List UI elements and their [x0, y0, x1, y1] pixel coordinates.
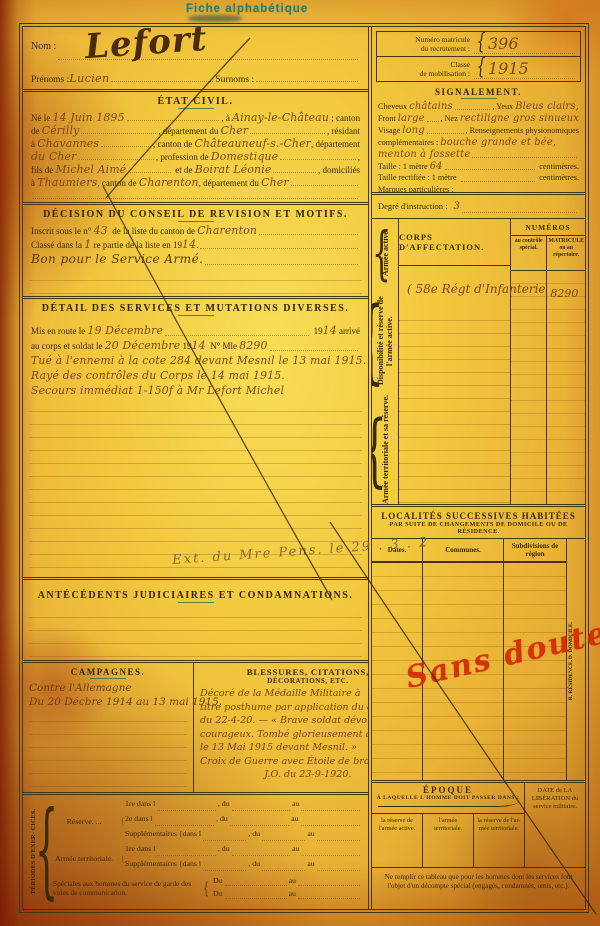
periode-row: Supplémentaires {dans l, duau	[123, 859, 364, 874]
periode-row: Supplémentaires {dans l, duau	[123, 829, 364, 844]
stamp-ink-blot	[188, 15, 242, 22]
epoque-col-reserve-active: la réserve de l'armée active.	[372, 813, 422, 867]
territoriale-reserve-group: Armée territoriale et sa réserve.	[372, 395, 398, 504]
territoriale-label: Armée territoriale.	[53, 854, 123, 863]
periodes-vertical-label-col: PÉRIODES D'EXER- CICES.	[23, 795, 43, 909]
epoque-brace	[378, 801, 518, 807]
blessures-box: BLESSURES, CITATIONS, DÉCORATIONS, ETC. …	[194, 663, 368, 791]
subdivisions-header: Subdivisions de région	[504, 539, 566, 563]
epoque-header: ÉPOQUE À LAQUELLE L'HOMME DOIT PASSER DA…	[372, 783, 524, 813]
services-line: Tué à l'ennemi à la cote 284 devant Mesn…	[23, 354, 368, 369]
right-column: Numéro matricule du recrutement : 396 Cl…	[371, 27, 585, 909]
signalement-title: SIGNALEMENT.	[372, 87, 585, 99]
campagnes-entry: Contre l'Allemagne	[23, 681, 193, 695]
left-column: Nom : Lefort Prénoms : Lucien Surnoms : …	[23, 27, 369, 909]
etat-civil-line: du Cher, profession de Domestique,	[23, 150, 368, 163]
signalement-line: complémentaires : bouche grande et bée,	[372, 137, 585, 149]
etat-civil-line: Né le 14 Juin 1895, à Ainay-le-Château ;…	[23, 111, 368, 124]
blessures-title: BLESSURES, CITATIONS,	[194, 667, 368, 677]
numeros-header: NUMÉROS	[511, 219, 585, 236]
periodes-body: Réserve. ... 1re dans l, duau 2e dans l,…	[43, 795, 368, 909]
services-line: Mis en route le 19 Décembre 1914 arrivé	[23, 324, 368, 339]
matricule-repertoire-header: MATRICULE ou au répertoire.	[547, 236, 585, 271]
speciales-label: Spéciales aux hommes du service de garde…	[53, 880, 211, 897]
periode-row: Duau	[211, 876, 364, 889]
campagnes-title: CAMPAGNES.	[23, 667, 193, 679]
epoque-col-reserve-territoriale: la réserve de l'ar- mée territoriale.	[473, 813, 524, 867]
epoque-subtitle: À LAQUELLE L'HOMME DOIT PASSER DANS :	[372, 795, 524, 801]
territoriale-group: Armée territoriale. 1re dans l, duau Sup…	[53, 844, 364, 874]
epoque-left: ÉPOQUE À LAQUELLE L'HOMME DOIT PASSER DA…	[372, 783, 525, 867]
periode-row: Duau	[211, 889, 364, 902]
etat-civil-line	[23, 189, 368, 202]
epoque-table: ÉPOQUE À LAQUELLE L'HOMME DOIT PASSER DA…	[372, 783, 585, 868]
epoque-title: ÉPOQUE	[372, 783, 524, 795]
decision-line: Classé dans la 1 re partie de la liste e…	[23, 238, 368, 252]
blessures-entry: Croix de Guerre avec Étoile de bronze.	[194, 755, 368, 769]
signalement-line: Taille rectifiée : 1 mètre centimètres.	[372, 173, 585, 185]
brace	[372, 219, 390, 287]
alphabetical-index-stamp: Fiche alphabétique	[186, 3, 308, 15]
etat-civil-line: de Cérilly, département du Cher, résidan…	[23, 124, 368, 137]
services-title: DÉTAIL DES SERVICES ET MUTATIONS DIVERSE…	[23, 303, 368, 316]
localites-subtitle: PAR SUITE DE CHANGEMENTS DE DOMICILE OU …	[372, 521, 585, 535]
etat-civil-line: à Chavannes, canton de Châteauneuf-s.-Ch…	[23, 137, 368, 150]
corps-affectation-table: Armée active. Disponibilité et réserve d…	[372, 218, 585, 504]
etat-civil-line: à Thaumiers, canton de Charenton, départ…	[23, 176, 368, 189]
matricule-entry: 8290	[550, 287, 578, 300]
ruled-fill	[29, 709, 187, 791]
epoque-col-territoriale: l'armée territoriale.	[422, 813, 473, 867]
matricule-label: Numéro matricule du recrutement :	[382, 35, 474, 53]
corps-entry: 58e Régt d'Infanterie	[399, 282, 510, 308]
numeros-col: NUMÉROS au contrôle spécial. MATRICULE o…	[511, 219, 585, 504]
degre-blank	[462, 211, 577, 213]
armee-active-group: Armée active.	[372, 219, 398, 287]
ruled-fill	[29, 605, 362, 661]
services-section: DÉTAIL DES SERVICES ET MUTATIONS DIVERSE…	[23, 296, 368, 577]
etat-civil-line: fils de Michel Aimé et de Boirat Léonie,…	[23, 163, 368, 176]
speciales-group: Spéciales aux hommes du service de garde…	[53, 876, 364, 902]
controle-special-header: au contrôle spécial.	[511, 236, 546, 271]
degre-label: Degré d'instruction :	[378, 201, 448, 211]
name-block: Nom : Lefort Prénoms : Lucien Surnoms :	[23, 27, 368, 89]
blessures-entry: Décoré de la Médaille Militaire à	[194, 687, 368, 701]
degre-value: 3	[454, 201, 461, 212]
matricule-row: Numéro matricule du recrutement : 396	[377, 32, 580, 56]
etat-civil-section: ÉTAT CIVIL. Né le 14 Juin 1895, à Ainay-…	[23, 89, 368, 202]
antecedents-title: ANTÉCÉDENTS JUDICIAIRES ET CONDAMNATIONS…	[23, 590, 368, 603]
decision-section: DÉCISION DU CONSEIL DE REVISION ET MOTIF…	[23, 202, 368, 296]
fiche-matricule-document: Fiche alphabétique Nom : Lefort Prénoms …	[0, 0, 600, 926]
ruled-fill	[511, 271, 546, 504]
disponibilite-group: Disponibilité et réserve de l'armée acti…	[372, 287, 398, 395]
prenoms-blank	[111, 80, 213, 82]
classe-label: Classe de mobilisation :	[382, 60, 474, 78]
matricule-classe-box: Numéro matricule du recrutement : 396 Cl…	[376, 31, 581, 82]
services-line: Rayé des contrôles du Corps le 14 mai 19…	[23, 369, 368, 384]
campagnes-entry: Du 20 Décbre 1914 au 13 mai 1915.	[23, 695, 193, 709]
decision-line: Inscrit sous le n° 43 de la liste du can…	[23, 224, 368, 238]
brace	[372, 287, 385, 394]
ruled-fill	[399, 308, 510, 504]
degre-instruction-row: Degré d'instruction : 3	[372, 192, 585, 218]
antecedents-section: ANTÉCÉDENTS JUDICIAIRES ET CONDAMNATIONS…	[23, 577, 368, 661]
reserve-label: Réserve. ...	[53, 817, 123, 826]
matricule-value: 396	[474, 34, 575, 54]
blessures-entry: J.O. du 23-9-1920.	[194, 768, 368, 782]
controle-special-col: au contrôle spécial.	[511, 236, 546, 504]
epoque-footnote: Ne remplir ce tableau que pour les homme…	[372, 868, 585, 896]
decision-line: Bon pour le Service Armé.	[23, 252, 368, 268]
localites-header: LOCALITÉS SUCCESSIVES HABITÉES PAR SUITE…	[372, 507, 585, 535]
periode-row: 2e dans l, duau	[123, 814, 364, 829]
blessures-entry: du 22-4-20. — « Brave soldat dévoué et	[194, 714, 368, 728]
periodes-section: PÉRIODES D'EXER- CICES. Réserve. ... 1re…	[23, 792, 368, 909]
brace	[372, 403, 387, 496]
prenoms-handwriting: Lucien	[69, 71, 109, 85]
services-line: au corps et soldat le 20 Décembre 1914 N…	[23, 339, 368, 354]
ruled-fill: 8290	[547, 271, 585, 504]
form-border: Nom : Lefort Prénoms : Lucien Surnoms : …	[22, 26, 586, 910]
campagnes-blessures-row: CAMPAGNES. Contre l'Allemagne Du 20 Décb…	[23, 660, 368, 791]
blessures-entry: titre posthume par application du décret	[194, 701, 368, 715]
classe-row: Classe de mobilisation : 1915	[377, 56, 580, 81]
signalement-line: Taille : 1 mètre 64 centimètres.	[372, 161, 585, 173]
communes-header: Communes.	[423, 539, 503, 563]
signalement-line: Cheveux châtains, Yeux Bleus clairs,	[372, 101, 585, 113]
campagnes-box: CAMPAGNES. Contre l'Allemagne Du 20 Décb…	[23, 663, 194, 791]
surnoms-blank	[256, 80, 358, 82]
etat-civil-title: ÉTAT CIVIL.	[23, 96, 368, 109]
signalement-line: Visage long, Renseignements physionomiqu…	[372, 125, 585, 137]
blessures-subtitle: DÉCORATIONS, ETC.	[194, 677, 368, 685]
surnoms-label: Surnoms :	[215, 75, 254, 85]
domicile-residence-col: D. DOMICILE. R. RÉSIDENCE.	[566, 539, 585, 780]
signalement-line: Marques particulières :	[372, 185, 585, 192]
periode-row: 1re dans l, duau	[123, 844, 364, 859]
nom-label: Nom :	[31, 41, 56, 52]
liberation-date-col: DATE de LA LIBÉRATION du service militai…	[525, 783, 585, 867]
periode-row: 1re dans l, duau	[123, 799, 364, 814]
matricule-repertoire-col: MATRICULE ou au répertoire. 8290	[546, 236, 585, 504]
blessures-entry: le 13 Mai 1915 devant Mesnil. »	[194, 741, 368, 755]
epoque-section: ÉPOQUE À LAQUELLE L'HOMME DOIT PASSER DA…	[372, 780, 585, 909]
corps-main-col: CORPS D'AFFECTATION. 58e Régt d'Infanter…	[399, 219, 511, 504]
corps-affectation-header: CORPS D'AFFECTATION.	[399, 219, 510, 266]
signalement-section: SIGNALEMENT. Cheveux châtains, Yeux Bleu…	[372, 85, 585, 192]
ruled-fill	[29, 268, 362, 296]
corps-side-labels: Armée active. Disponibilité et réserve d…	[372, 219, 399, 504]
signalement-line: menton à fossette	[372, 149, 585, 161]
prenoms-label: Prénoms :	[31, 75, 69, 85]
classe-value: 1915	[474, 59, 575, 79]
localites-title: LOCALITÉS SUCCESSIVES HABITÉES	[372, 511, 585, 521]
signalement-line: Front large, Nez rectiligne gros sinueux	[372, 113, 585, 125]
services-line: Secours immédiat 1-150f à Mr Lefort Mich…	[23, 384, 368, 399]
reserve-group: Réserve. ... 1re dans l, duau 2e dans l,…	[53, 799, 364, 844]
decision-title: DÉCISION DU CONSEIL DE REVISION ET MOTIF…	[23, 209, 368, 222]
residence-label: R. RÉSIDENCE.	[567, 660, 585, 700]
blessures-entry: courageux. Tombé glorieusement à l'ennem…	[194, 728, 368, 742]
